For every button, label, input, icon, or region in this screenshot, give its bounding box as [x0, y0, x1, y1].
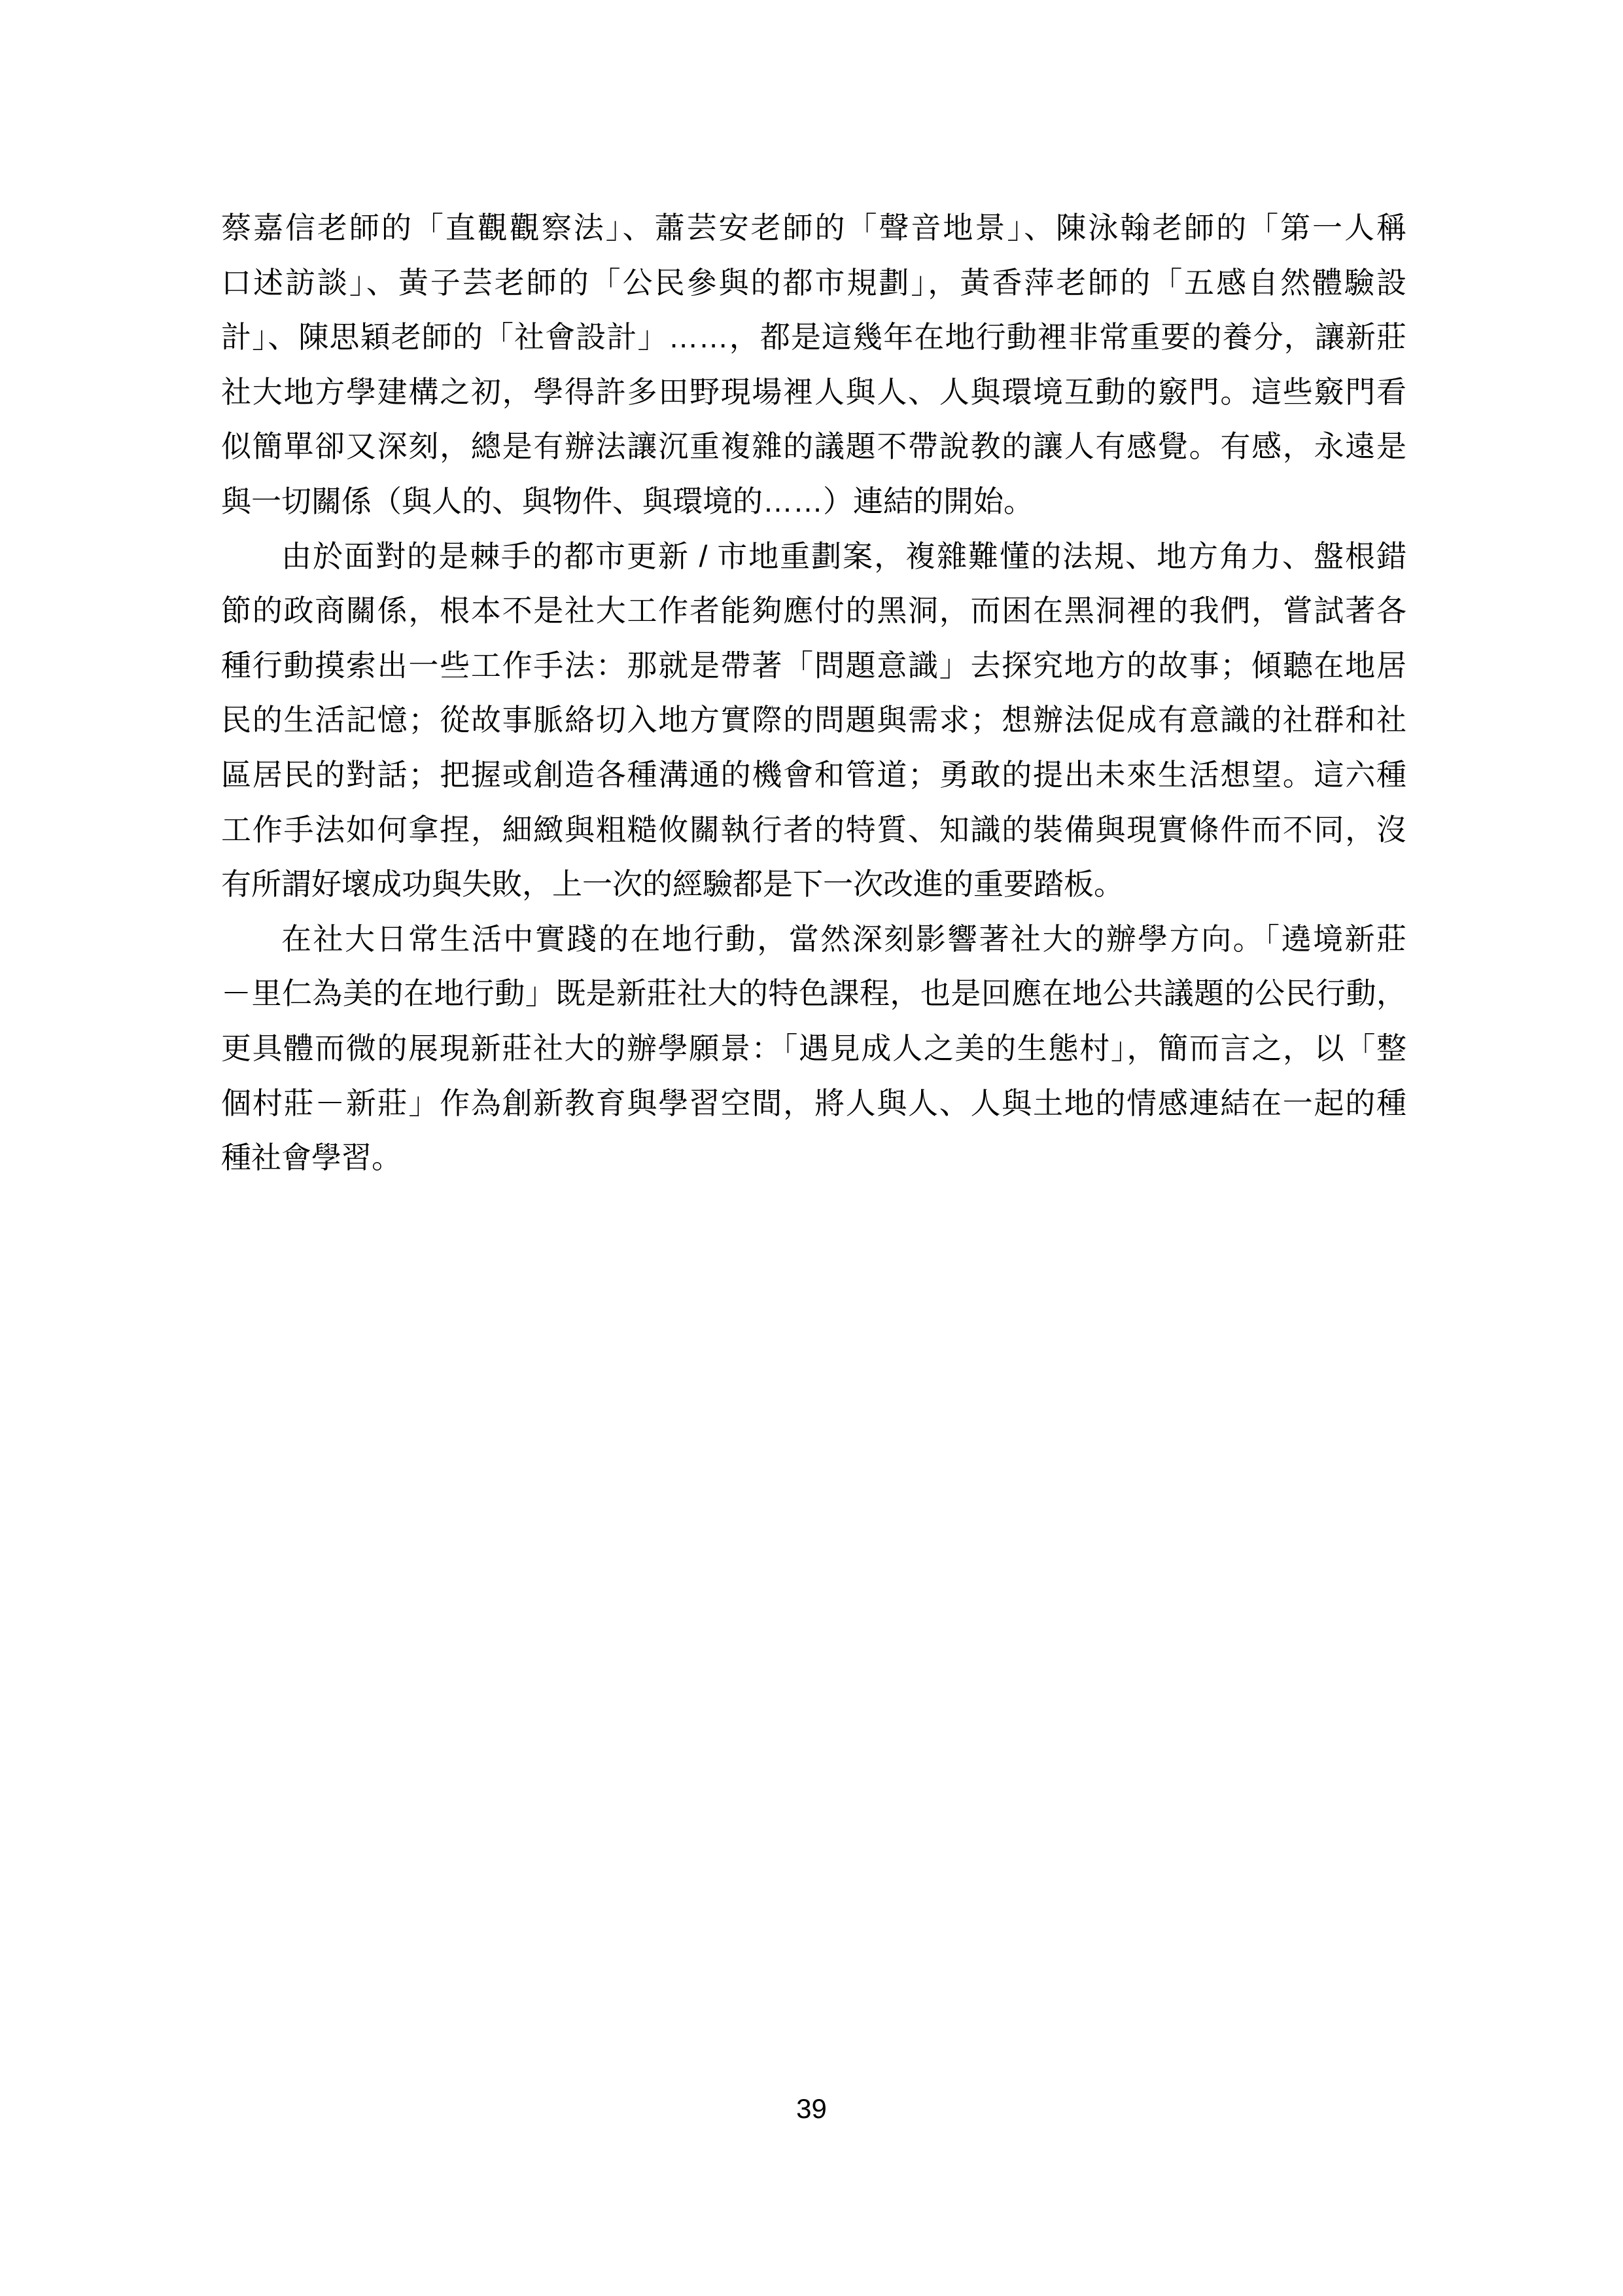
paragraph: 在社大日常生活中實踐的在地行動，當然深刻影響著社大的辦學方向。「遶境新莊－里仁為…: [221, 912, 1406, 1186]
text-line: 工作手法如何拿捏，細緻與粗糙攸關執行者的特質、知識的裝備與現實條件而不同，沒: [221, 803, 1406, 858]
text-line: 社大地方學建構之初，學得許多田野現場裡人與人、人與環境互動的竅門。這些竅門看: [221, 365, 1406, 420]
text-line: －里仁為美的在地行動」既是新莊社大的特色課程，也是回應在地公共議題的公民行動，: [221, 966, 1406, 1021]
text-line: 更具體而微的展現新莊社大的辦學願景：「遇見成人之美的生態村」，簡而言之，以「整: [221, 1021, 1406, 1076]
text-line: 種行動摸索出一些工作手法：那就是帶著「問題意識」去探究地方的故事；傾聽在地居: [221, 639, 1406, 694]
paragraph: 由於面對的是棘手的都市更新 / 市地重劃案，複雜難懂的法規、地方角力、盤根錯節的…: [221, 529, 1406, 912]
text-line: 蔡嘉信老師的「直觀觀察法」、蕭芸安老師的「聲音地景」、陳泳翰老師的「第一人稱: [221, 201, 1406, 256]
text-line: 計」、陳思穎老師的「社會設計」……，都是這幾年在地行動裡非常重要的養分，讓新莊: [221, 310, 1406, 365]
page-number: 39: [0, 2094, 1623, 2123]
text-line: 個村莊－新莊」作為創新教育與學習空間，將人與人、人與土地的情感連結在一起的種: [221, 1076, 1406, 1131]
text-line: 區居民的對話；把握或創造各種溝通的機會和管道；勇敢的提出未來生活想望。這六種: [221, 748, 1406, 803]
document-page: 蔡嘉信老師的「直觀觀察法」、蕭芸安老師的「聲音地景」、陳泳翰老師的「第一人稱口述…: [0, 0, 1623, 2296]
body-text: 蔡嘉信老師的「直觀觀察法」、蕭芸安老師的「聲音地景」、陳泳翰老師的「第一人稱口述…: [221, 201, 1406, 1186]
text-line: 口述訪談」、黃子芸老師的「公民參與的都市規劃」，黃香萍老師的「五感自然體驗設: [221, 256, 1406, 311]
text-line: 民的生活記憶；從故事脈絡切入地方實際的問題與需求；想辦法促成有意識的社群和社: [221, 693, 1406, 748]
text-line: 似簡單卻又深刻，總是有辦法讓沉重複雜的議題不帶說教的讓人有感覺。有感，永遠是: [221, 419, 1406, 474]
text-line: 與一切關係（與人的、與物件、與環境的……）連結的開始。: [221, 474, 1406, 529]
text-line: 由於面對的是棘手的都市更新 / 市地重劃案，複雜難懂的法規、地方角力、盤根錯: [221, 529, 1406, 584]
text-line: 種社會學習。: [221, 1131, 1406, 1186]
text-line: 節的政商關係，根本不是社大工作者能夠應付的黑洞，而困在黑洞裡的我們，嘗試著各: [221, 584, 1406, 639]
text-line: 在社大日常生活中實踐的在地行動，當然深刻影響著社大的辦學方向。「遶境新莊: [221, 912, 1406, 967]
paragraph: 蔡嘉信老師的「直觀觀察法」、蕭芸安老師的「聲音地景」、陳泳翰老師的「第一人稱口述…: [221, 201, 1406, 529]
text-line: 有所謂好壞成功與失敗，上一次的經驗都是下一次改進的重要踏板。: [221, 857, 1406, 912]
